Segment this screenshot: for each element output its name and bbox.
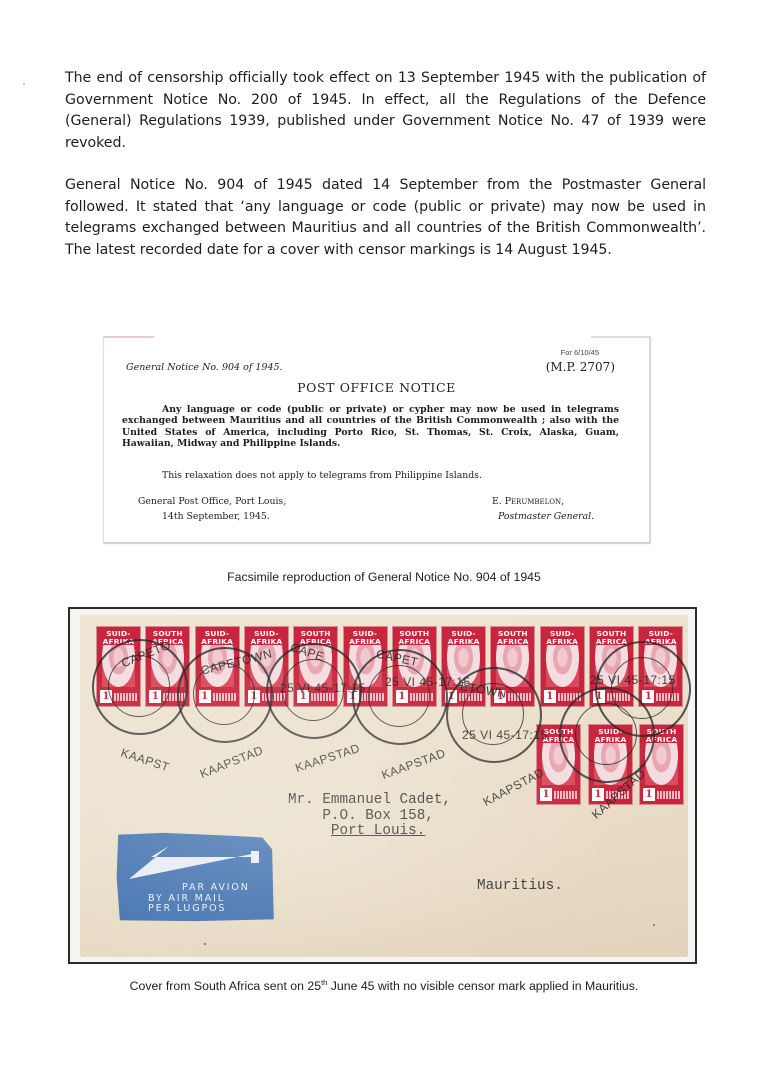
notice-relaxation: This relaxation does not apply to telegr…	[162, 470, 482, 481]
stamp-portrait-icon	[542, 743, 575, 785]
stamp-country-label: SUID-AFRIKA	[589, 728, 632, 743]
stamp-country-label: SUID-AFRIKA	[196, 630, 239, 645]
postage-stamp: SOUTHAFRICA1	[537, 725, 580, 804]
stamp-country-label: SOUTHAFRICA	[294, 630, 337, 645]
stamp-portrait-icon	[151, 645, 184, 687]
stamp-portrait-icon	[201, 645, 234, 687]
stamp-postage-text	[114, 693, 137, 701]
stamp-postage-text	[459, 693, 482, 701]
notice-body: Any language or code (public or private)…	[122, 404, 619, 449]
notice-reference: General Notice No. 904 of 1945.	[126, 362, 283, 373]
postmark-text: 25 VI 45-17:15	[385, 675, 471, 689]
postage-stamp: SOUTHAFRICA1	[491, 627, 534, 706]
stamp-postage-text	[558, 693, 581, 701]
postage-stamp: SOUTHAFRICA1	[294, 627, 337, 706]
postmark-text: KAAPSTAD	[293, 741, 361, 775]
postmark-text: 25 VI 45-17:15	[462, 728, 548, 742]
postmark-ring	[352, 649, 448, 745]
postmark-ring	[282, 659, 344, 721]
stamp-country-label: SOUTHAFRICA	[491, 630, 534, 645]
postmark-ring	[559, 687, 655, 783]
postmark-ring	[92, 639, 188, 735]
stamp-value: 1	[494, 690, 506, 703]
postmark-text: CAPET	[375, 647, 419, 670]
notice-signatory: E. Perumbelon,	[492, 494, 594, 509]
stamp-country-label: SUID-AFRIKA	[245, 630, 288, 645]
stamp-portrait-icon	[496, 645, 529, 687]
notice-signatory-role: Postmaster General.	[492, 509, 594, 524]
notice-date: 14th September, 1945.	[138, 509, 286, 524]
postage-stamp: SUID-AFRIKA1	[196, 627, 239, 706]
caption-cover-text-end: June 45 with no visible censor mark appl…	[327, 979, 638, 993]
stamp-portrait-icon	[546, 645, 579, 687]
stamp-country-label: SOUTHAFRICA	[537, 728, 580, 743]
postmark-ring	[108, 655, 170, 717]
postmark-ring	[177, 647, 273, 743]
stamp-value: 1	[297, 690, 309, 703]
postmark-ring	[446, 667, 542, 763]
notice-title: POST OFFICE NOTICE	[104, 380, 649, 395]
address-line-name: Mr. Emmanuel Cadet,	[288, 792, 451, 808]
postage-stamp: SOUTHAFRICA1	[146, 627, 189, 706]
stamp-country-label: SUID-AFRIKA	[344, 630, 387, 645]
stamp-postage-text	[656, 693, 679, 701]
postmark-text: ETOWN	[459, 679, 508, 701]
recipient-address: Mr. Emmanuel Cadet, P.O. Box 158, Port L…	[288, 793, 451, 840]
stamp-country-label: SOUTHAFRICA	[393, 630, 436, 645]
postmark-ring	[611, 657, 673, 719]
stamp-postage-text	[657, 791, 680, 799]
postage-stamp: SOUTHAFRICA1	[640, 725, 683, 804]
stamp-postage-text	[311, 693, 334, 701]
address-line-box: P.O. Box 158,	[322, 808, 434, 824]
stamp-country-label: SUID-AFRIKA	[442, 630, 485, 645]
stamp-postage-text	[163, 693, 186, 701]
notice-office-name: General Post Office, Port Louis,	[138, 494, 286, 509]
stamp-value: 1	[643, 788, 655, 801]
stamp-postage-text	[213, 693, 236, 701]
stamp-postage-text	[361, 693, 384, 701]
notice-mp-number: (M.P. 2707)	[546, 360, 615, 374]
postage-stamp: SOUTHAFRICA1	[590, 627, 633, 706]
stamp-country-label: SOUTHAFRICA	[640, 728, 683, 743]
stamp-value: 1	[593, 690, 605, 703]
postage-stamp: SUID-AFRIKA1	[639, 627, 682, 706]
stamp-value: 1	[445, 690, 457, 703]
postage-stamp: SUID-AFRIKA1	[541, 627, 584, 706]
stamp-postage-text	[606, 791, 629, 799]
notice-for-note: For 6/10/45	[561, 348, 599, 357]
airmail-text-english: BY AIR MAIL	[148, 894, 225, 904]
postmark-ring	[462, 683, 524, 745]
postage-stamp: SUID-AFRIKA1	[97, 627, 140, 706]
stamp-country-label: SOUTHAFRICA	[590, 630, 633, 645]
postmark-text: CAPE	[289, 640, 326, 664]
postmark-text: KAAPSTAD	[380, 746, 448, 782]
postmark-text: 25 VI 45-17:15	[280, 681, 366, 695]
stamp-portrait-icon	[644, 645, 677, 687]
stamp-portrait-icon	[102, 645, 135, 687]
airmail-arrow-icon	[129, 843, 259, 881]
airmail-label: PAR AVION BY AIR MAIL PER LUGPOS	[115, 831, 277, 923]
postmark-text: 25 VI 45-17:15	[590, 673, 676, 687]
cover-image-frame: SUID-AFRIKA1SOUTHAFRICA1SUID-AFRIKA1SUID…	[68, 607, 697, 964]
postage-stamp: SUID-AFRIKA1	[245, 627, 288, 706]
paper-speck	[204, 943, 206, 945]
stamp-country-label: SUID-AFRIKA	[97, 630, 140, 645]
caption-cover-text: Cover from South Africa sent on 25	[130, 979, 321, 993]
recipient-country: Mauritius.	[477, 878, 563, 894]
envelope: SUID-AFRIKA1SOUTHAFRICA1SUID-AFRIKA1SUID…	[80, 615, 688, 957]
stamp-country-label: SUID-AFRIKA	[639, 630, 682, 645]
stamp-postage-text	[508, 693, 531, 701]
postmark-text: CAPETO	[119, 638, 173, 671]
paper-speck	[653, 924, 655, 926]
postmark-ring	[193, 663, 255, 725]
stamp-portrait-icon	[595, 645, 628, 687]
stamp-portrait-icon	[349, 645, 382, 687]
postmark-ring	[595, 641, 691, 737]
caption-cover: Cover from South Africa sent on 25th Jun…	[0, 979, 768, 993]
stamp-value: 1	[248, 690, 260, 703]
stamp-portrait-icon	[645, 743, 678, 785]
stamp-value: 1	[199, 690, 211, 703]
airmail-text-french: PAR AVION	[182, 883, 250, 893]
postmark-text: KAAPSTAD	[589, 766, 648, 821]
stamp-portrait-icon	[250, 645, 283, 687]
postage-stamp: SUID-AFRIKA1	[442, 627, 485, 706]
stamp-postage-text	[607, 693, 630, 701]
stamp-postage-text	[554, 791, 577, 799]
postmark-ring	[368, 665, 430, 727]
stamp-postage-text	[410, 693, 433, 701]
stamp-value: 1	[100, 690, 112, 703]
notice-facsimile: General Notice No. 904 of 1945. For 6/10…	[103, 336, 651, 544]
postmark-ring	[266, 643, 362, 739]
postmark-ring	[575, 703, 637, 765]
stamp-country-label: SUID-AFRIKA	[541, 630, 584, 645]
caption-notice: Facsimile reproduction of General Notice…	[0, 570, 768, 584]
notice-office: General Post Office, Port Louis, 14th Se…	[138, 494, 286, 524]
stamp-country-label: SOUTHAFRICA	[146, 630, 189, 645]
stamp-value: 1	[540, 788, 552, 801]
stamp-value: 1	[544, 690, 556, 703]
postmark-text: KAAPSTAD	[198, 743, 265, 781]
stamp-portrait-icon	[299, 645, 332, 687]
stamp-portrait-icon	[447, 645, 480, 687]
postage-stamp: SOUTHAFRICA1	[393, 627, 436, 706]
paragraph-censorship-end: The end of censorship officially took ef…	[65, 68, 706, 154]
airmail-text-afrikaans: PER LUGPOS	[148, 904, 226, 914]
stamp-value: 1	[149, 690, 161, 703]
stamp-portrait-icon	[594, 743, 627, 785]
stamp-value: 1	[347, 690, 359, 703]
address-line-city: Port Louis.	[331, 823, 425, 839]
notice-signature: E. Perumbelon, Postmaster General.	[492, 494, 594, 524]
postage-stamp: SUID-AFRIKA1	[344, 627, 387, 706]
stray-mark	[23, 83, 25, 85]
stamp-value: 1	[642, 690, 654, 703]
stamp-value: 1	[592, 788, 604, 801]
stamp-postage-text	[262, 693, 285, 701]
postage-stamp: SUID-AFRIKA1	[589, 725, 632, 804]
postmark-text: KAAPST	[119, 746, 171, 775]
postmark-text: KAAPSTAD	[481, 765, 547, 809]
paragraph-general-notice: General Notice No. 904 of 1945 dated 14 …	[65, 175, 706, 261]
postmark-text: CAPETOWN	[199, 646, 273, 677]
stamp-value: 1	[396, 690, 408, 703]
stamp-portrait-icon	[398, 645, 431, 687]
